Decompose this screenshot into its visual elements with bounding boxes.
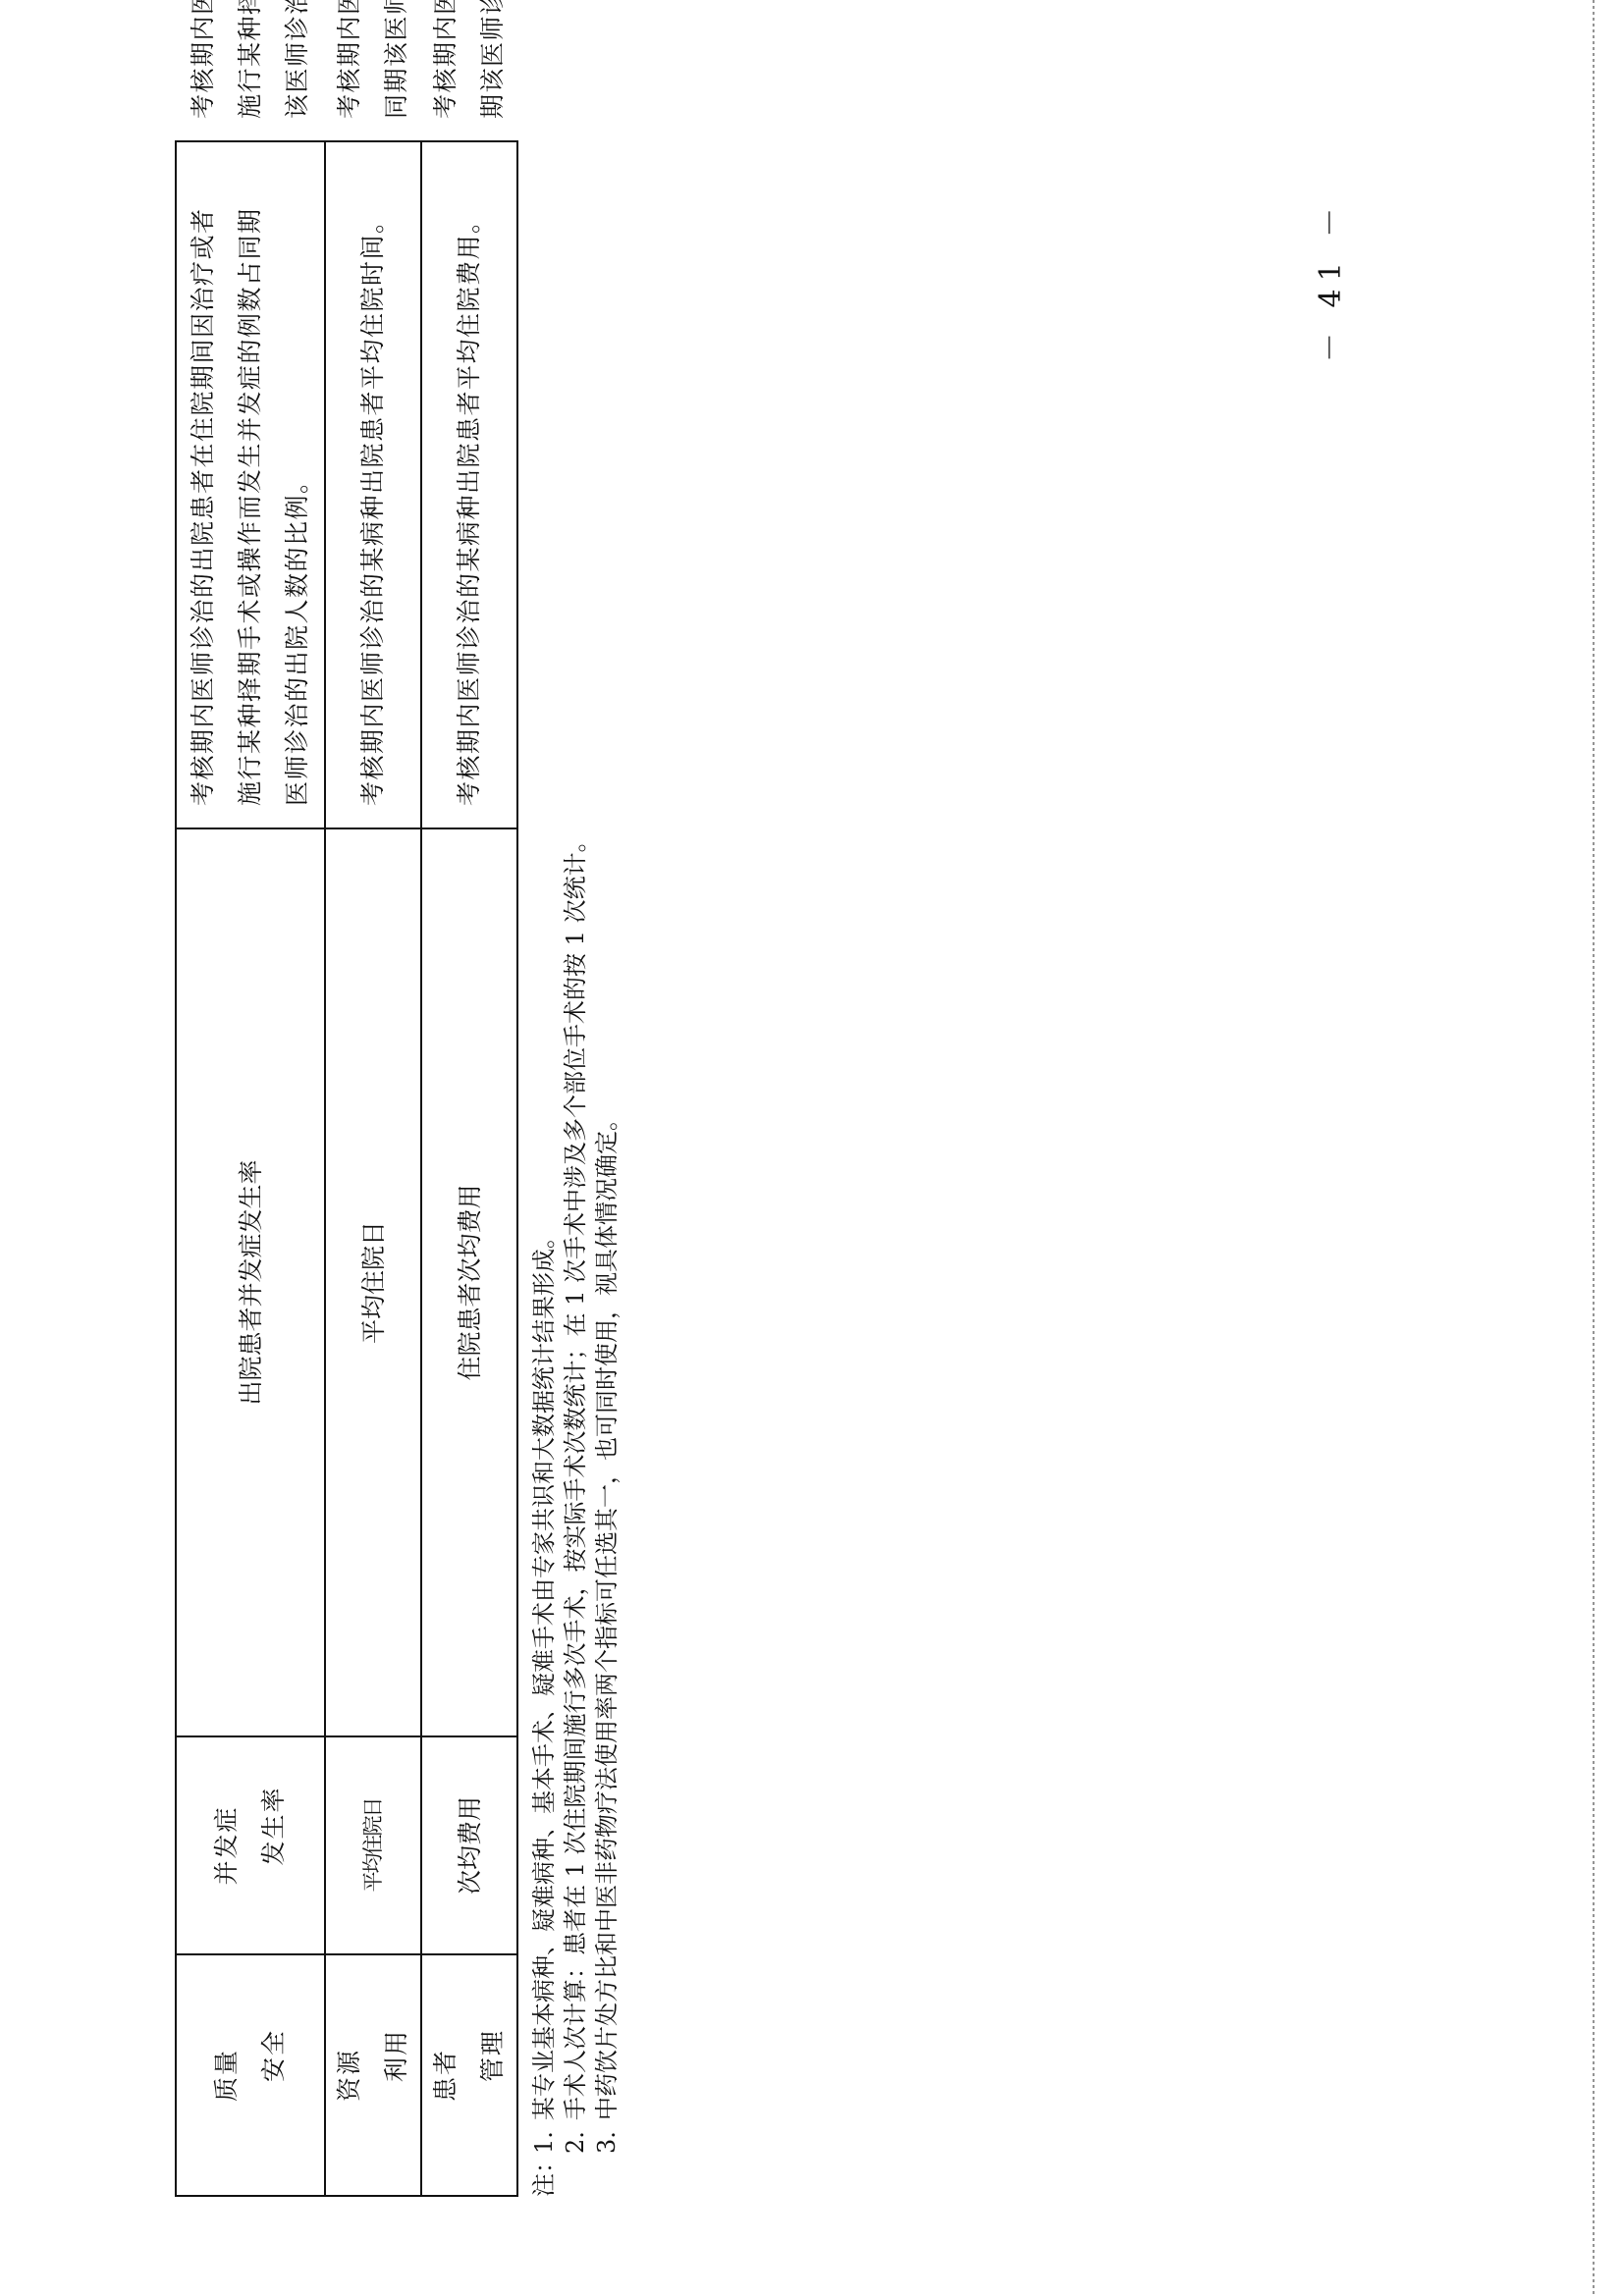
note-item: 3. 中药饮片处方比和中医非药物疗法使用率两个指标可任选其一，也可同时使用，视具… (591, 828, 622, 2197)
scan-edge-line (1593, 0, 1595, 2296)
meaning-cell: 考核期内医师诊治的某病种出院患者平均住院时间。 (325, 141, 421, 828)
note-item: 注： 1. 某专业基本病种、疑难病种、基本手术、疑难手术由专家共识和大数据统计结… (528, 828, 560, 2197)
table-row: 质量 安全 并发症 发生率 出院患者并发症发生率 考核期内医师诊治的出院患者在住… (176, 141, 325, 2196)
table-row: 患者 管理 次均费用 住院患者次均费用 考核期内医师诊治的某病种出院患者平均住院… (421, 141, 517, 2196)
rotated-page: 质量 安全 并发症 发生率 出院患者并发症发生率 考核期内医师诊治的出院患者在住… (0, 0, 1623, 2296)
definition-cell: 平均住院日 (325, 828, 421, 1736)
page-number: － 41 － (1306, 200, 1349, 362)
category-cell: 质量 安全 (176, 1954, 325, 2196)
category-cell: 资源 利用 (325, 1954, 421, 2196)
indicator-cell: 平均住院日 (325, 1736, 421, 1954)
note-lead: 注： (528, 2154, 560, 2197)
definition-cell: 出院患者并发症发生率 (176, 828, 325, 1736)
note-item: 2. 手术人次计算：患者在 1 次住院期间施行多次手术，按实际手术次数统计；在 … (560, 828, 591, 2197)
category-cell: 患者 管理 (421, 1954, 517, 2196)
meaning-cell: 考核期内医师诊治的出院患者在住院期间因治疗或者 施行某种择期手术或操作而发生并发… (176, 141, 325, 828)
indicator-cell: 次均费用 (421, 1736, 517, 1954)
definition-cell: 住院患者次均费用 (421, 828, 517, 1736)
meaning-cell: 考核期内医师诊治的某病种出院患者平均住院费用。 (421, 141, 517, 828)
table-notes: 注： 1. 某专业基本病种、疑难病种、基本手术、疑难手术由专家共识和大数据统计结… (528, 828, 622, 2197)
indicator-table: 质量 安全 并发症 发生率 出院患者并发症发生率 考核期内医师诊治的出院患者在住… (175, 140, 518, 2197)
table-row: 资源 利用 平均住院日 平均住院日 考核期内医师诊治的某病种出院患者平均住院时间… (325, 141, 421, 2196)
indicator-cell: 并发症 发生率 (176, 1736, 325, 1954)
